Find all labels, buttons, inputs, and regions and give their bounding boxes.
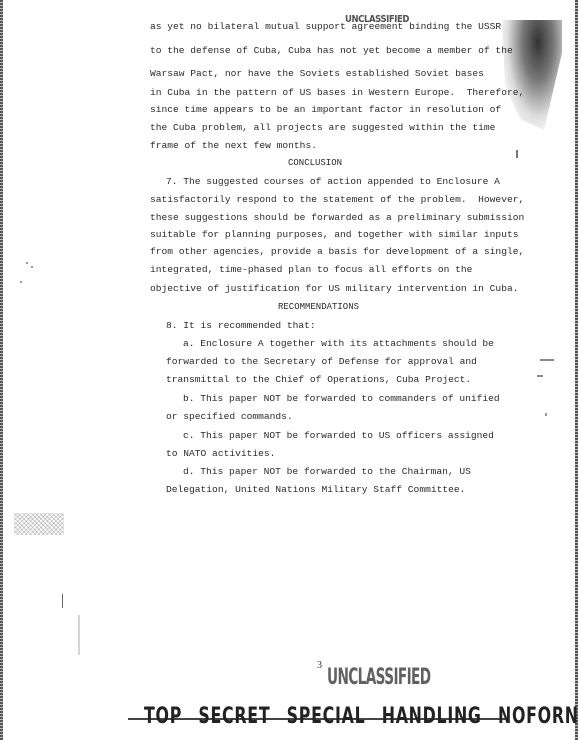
text-line: objective of justification for US milita… (150, 283, 518, 295)
scan-speck (545, 413, 547, 416)
text-line: these suggestions should be forwarded as… (150, 212, 524, 224)
classification-text: TOP SECRET SPECIAL HANDLING NOFORN (144, 704, 579, 729)
text-line: Delegation, United Nations Military Staf… (166, 484, 465, 496)
scan-speck (62, 594, 63, 608)
recommendation-b: b. This paper NOT be forwarded to comman… (183, 393, 500, 405)
scan-speck (31, 266, 33, 268)
scan-edge-left (0, 0, 3, 740)
document-page: UNCLASSIFIED as yet no bilateral mutual … (0, 0, 580, 740)
scan-speck (516, 150, 518, 158)
text-line: since time appears to be an important fa… (150, 104, 501, 116)
scan-speck (540, 359, 554, 361)
text-line: transmittal to the Chief of Operations, … (166, 374, 471, 386)
conclusion-heading: CONCLUSION (288, 157, 342, 169)
text-line: suitable for planning purposes, and toge… (150, 229, 518, 241)
text-line: in Cuba in the pattern of US bases in We… (150, 87, 524, 99)
scan-speck (537, 375, 543, 377)
scan-speck (78, 615, 80, 655)
recommendations-heading: RECOMMENDATIONS (278, 301, 359, 313)
text-line: or specified commands. (166, 411, 293, 423)
text-line: to the defense of Cuba, Cuba has not yet… (150, 45, 513, 57)
recommendation-c: c. This paper NOT be forwarded to US off… (183, 430, 494, 442)
text-line: 8. It is recommended that: (166, 320, 316, 332)
scan-smudge (502, 20, 562, 130)
scan-edge-right (575, 0, 578, 740)
text-line: to NATO activities. (166, 448, 275, 460)
text-line: 7. The suggested courses of action appen… (166, 176, 500, 188)
scan-noise (14, 513, 64, 535)
footer-unclassified-stamp: UNCLASSIFIED (327, 665, 430, 690)
recommendation-d: d. This paper NOT be forwarded to the Ch… (183, 466, 471, 478)
recommendation-a: a. Enclosure A together with its attachm… (183, 338, 494, 350)
scan-speck (20, 281, 22, 283)
scan-speck (26, 262, 28, 264)
page-number: 3 (317, 660, 322, 671)
text-line: Warsaw Pact, nor have the Soviets establ… (150, 68, 484, 80)
text-line: from other agencies, provide a basis for… (150, 246, 524, 258)
classification-marking: TOP SECRET SPECIAL HANDLING NOFORN (128, 704, 506, 730)
text-line: the Cuba problem, all projects are sugge… (150, 122, 495, 134)
text-line: integrated, time-phased plan to focus al… (150, 264, 472, 276)
text-line: forwarded to the Secretary of Defense fo… (166, 356, 477, 368)
text-line: satisfactorily respond to the statement … (150, 194, 524, 206)
text-line: as yet no bilateral mutual support agree… (150, 21, 501, 33)
text-line: frame of the next few months. (150, 140, 317, 152)
